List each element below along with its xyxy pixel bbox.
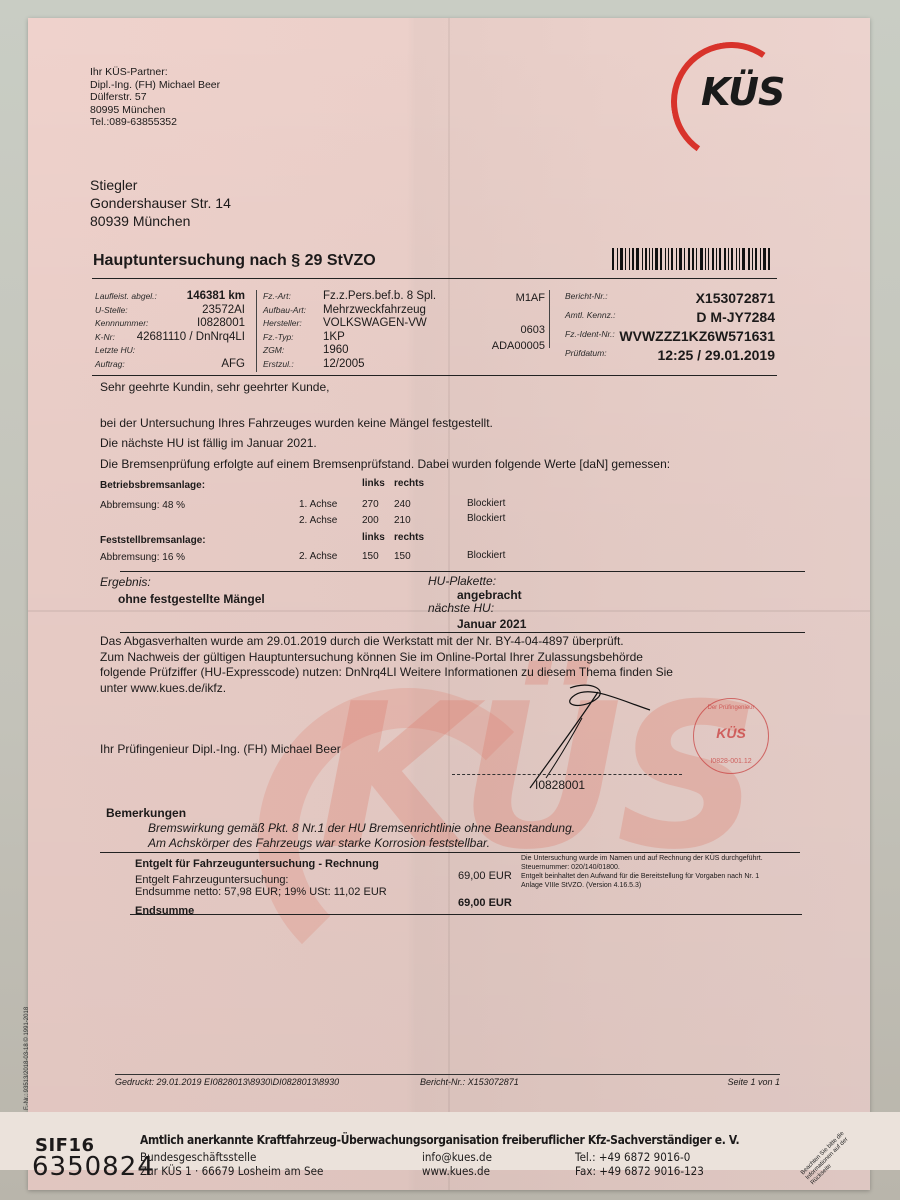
axle-status: Blockiert — [467, 513, 505, 524]
parking-brake-title: Feststellbremsanlage: — [100, 535, 206, 546]
barcode-bar — [700, 248, 703, 270]
info-label: Erstzul.: — [263, 359, 294, 369]
next-hu-label: nächste HU: — [428, 601, 494, 615]
result-label: Ergebnis: — [100, 575, 151, 589]
info-value: D M-JY7284 — [696, 309, 775, 325]
form-number-side: F.-Nr.: 93513/2018-03-18 © 1991-2018 — [24, 1007, 30, 1110]
barcode-bar — [620, 248, 623, 270]
axle-label: 2. Achse — [299, 515, 337, 526]
barcode-bar — [708, 248, 709, 270]
fax: Fax: +49 6872 9016-123 — [575, 1164, 704, 1178]
invoice-note: Steuernummer: 020/140/01800. — [521, 863, 620, 872]
info-value: 42681110 / DnNrq4LI — [137, 331, 245, 343]
barcode-bar — [739, 248, 740, 270]
office-address: Zur KÜS 1 · 66679 Losheim am See — [140, 1164, 323, 1178]
recipient-street: Gondershauser Str. 14 — [90, 194, 231, 212]
form-number: 6350824 — [32, 1154, 155, 1180]
letter-line: Die Bremsenprüfung erfolgte auf einem Br… — [100, 457, 670, 471]
info-row: Bericht-Nr.:X153072871 — [565, 290, 775, 302]
stamp-number: I0828-001.12 — [694, 758, 768, 765]
column-divider — [549, 290, 550, 348]
barcode-bar — [705, 248, 706, 270]
partner-address: Ihr KÜS-Partner: Dipl.-Ing. (FH) Michael… — [90, 66, 220, 129]
service-brake-percentage: Abbremsung: 48 % — [100, 500, 185, 511]
stamp-heading: Der Prüfingenieur — [694, 705, 768, 711]
barcode-bar — [716, 248, 717, 270]
info-value: 146381 km — [187, 290, 245, 302]
vehicle-code — [485, 306, 545, 322]
info-label: Fz.-Typ: — [263, 332, 294, 342]
axle-right-value: 240 — [394, 499, 411, 510]
info-row: U-Stelle:23572AI — [95, 304, 245, 316]
service-brake-title: Betriebsbremsanlage: — [100, 480, 205, 491]
info-label: Fz.-Art: — [263, 291, 291, 301]
organization-address: Bundesgeschäftsstelle Zur KÜS 1 · 66679 … — [140, 1150, 323, 1178]
barcode-bar — [724, 248, 727, 270]
axle-label: 1. Achse — [299, 499, 337, 510]
paragraph-line: Das Abgasverhalten wurde am 29.01.2019 d… — [100, 634, 800, 650]
barcode — [612, 248, 772, 270]
barcode-bar — [719, 248, 721, 270]
info-label: Bericht-Nr.: — [565, 291, 608, 301]
barcode-bar — [768, 248, 770, 270]
barcode-bar — [649, 248, 650, 270]
column-divider — [256, 290, 257, 372]
info-label: ZGM: — [263, 345, 284, 355]
invoice-title: Entgelt für Fahrzeuguntersuchung - Rechn… — [135, 858, 379, 870]
barcode-bar — [712, 248, 714, 270]
barcode-bar — [696, 248, 697, 270]
office-name: Bundesgeschäftsstelle — [140, 1150, 323, 1164]
info-row: Auftrag:AFG — [95, 358, 245, 370]
document-title: Hauptuntersuchung nach § 29 StVZO — [93, 252, 376, 270]
paragraph-line: unter www.kues.de/ikfz. — [100, 681, 800, 697]
website-link[interactable]: www.kues.de — [422, 1164, 492, 1178]
telephone: Tel.: +49 6872 9016-0 — [575, 1150, 704, 1164]
info-value: Fz.z.Pers.bef.b. 8 Spl. — [323, 290, 436, 302]
column-right-header: rechts — [394, 532, 424, 543]
barcode-bar — [660, 248, 662, 270]
info-value: VOLKSWAGEN-VW — [323, 317, 427, 329]
barcode-bar — [655, 248, 658, 270]
plakette-value: angebracht — [457, 588, 522, 602]
barcode-bar — [684, 248, 685, 270]
signature-line — [452, 774, 682, 775]
engineer-id: I0828001 — [535, 778, 585, 792]
organization-phone-contact: Tel.: +49 6872 9016-0 Fax: +49 6872 9016… — [575, 1150, 704, 1178]
greeting: Sehr geehrte Kundin, sehr geehrter Kunde… — [100, 380, 330, 394]
barcode-bar — [760, 248, 761, 270]
info-row: Kennnummer:I0828001 — [95, 317, 245, 329]
organization-name: Amtlich anerkannte Kraftfahrzeug-Überwac… — [140, 1132, 739, 1147]
info-value: Mehrzweckfahrzeug — [323, 304, 426, 316]
invoice-item-amount: 69,00 EUR — [458, 870, 512, 882]
divider — [120, 632, 805, 633]
info-label: Aufbau-Art: — [263, 305, 306, 315]
remark-line: Bremswirkung gemäß Pkt. 8 Nr.1 der HU Br… — [148, 821, 575, 835]
invoice-total-amount: 69,00 EUR — [458, 897, 512, 909]
barcode-bar — [612, 248, 614, 270]
kues-logo: KÜS — [665, 22, 815, 122]
divider — [100, 852, 800, 853]
barcode-bar — [763, 248, 766, 270]
column-left-header: links — [362, 532, 385, 543]
letter-line: bei der Untersuchung Ihres Fahrzeuges wu… — [100, 416, 493, 430]
axle-label: 2. Achse — [299, 551, 337, 562]
info-label: Letzte HU: — [95, 345, 135, 355]
barcode-bar — [692, 248, 694, 270]
info-value: 12:25 / 29.01.2019 — [657, 347, 775, 363]
invoice-item-label: Entgelt Fahrzeuguntersuchung: — [135, 874, 289, 886]
barcode-bar — [676, 248, 677, 270]
barcode-bar — [736, 248, 737, 270]
axle-status: Blockiert — [467, 550, 505, 561]
info-label: Laufleist. abgel.: — [95, 291, 157, 301]
next-hu-value: Januar 2021 — [457, 617, 526, 631]
info-label: Hersteller: — [263, 318, 302, 328]
info-value: I0828001 — [197, 317, 245, 329]
info-value: 1960 — [323, 344, 349, 356]
info-value: 23572AI — [202, 304, 245, 316]
info-row: Laufleist. abgel.:146381 km — [95, 290, 245, 302]
footer-report-number: Bericht-Nr.: X153072871 — [420, 1077, 519, 1087]
plakette-label: HU-Plakette: — [428, 574, 496, 588]
info-row: Fz.-Ident-Nr.:WVWZZZ1KZ6W571631 — [565, 328, 775, 340]
barcode-bar — [748, 248, 750, 270]
recipient-city: 80939 München — [90, 212, 231, 230]
invoice-total-label: Endsumme — [135, 905, 194, 917]
info-label: Kennnummer: — [95, 318, 148, 328]
axle-left-value: 200 — [362, 515, 379, 526]
axle-left-value: 150 — [362, 551, 379, 562]
info-row: K-Nr:42681110 / DnNrq4LI — [95, 331, 245, 343]
info-row: Prüfdatum:12:25 / 29.01.2019 — [565, 347, 775, 359]
barcode-bar — [665, 248, 666, 270]
recipient-name: Stiegler — [90, 176, 231, 194]
barcode-bar — [731, 248, 733, 270]
divider — [92, 375, 777, 376]
vehicle-code: ADA00005 — [485, 338, 545, 354]
barcode-bar — [668, 248, 669, 270]
barcode-bar — [742, 248, 745, 270]
partner-phone: Tel.:089-63855352 — [90, 116, 220, 129]
barcode-bar — [617, 248, 618, 270]
inspector-stamp: Der Prüfingenieur KÜS I0828-001.12 — [693, 698, 769, 774]
barcode-bar — [679, 248, 682, 270]
vehicle-code: M1AF — [485, 290, 545, 306]
axle-left-value: 270 — [362, 499, 379, 510]
info-value: AFG — [221, 358, 245, 370]
barcode-bar — [652, 248, 653, 270]
divider — [115, 1074, 780, 1075]
barcode-bar — [755, 248, 757, 270]
divider — [120, 571, 805, 572]
partner-city: 80995 München — [90, 104, 220, 117]
letter-line: Die nächste HU ist fällig im Januar 2021… — [100, 436, 317, 450]
paragraph-line: folgende Prüfziffer (HU-Expresscode) nut… — [100, 665, 800, 681]
barcode-bar — [642, 248, 643, 270]
paragraph-line: Zum Nachweis der gültigen Hauptuntersuch… — [100, 650, 800, 666]
info-label: Auftrag: — [95, 359, 125, 369]
info-label: K-Nr: — [95, 332, 115, 342]
partner-heading: Ihr KÜS-Partner: — [90, 66, 220, 79]
axle-status: Blockiert — [467, 498, 505, 509]
engineer-name: Ihr Prüfingenieur Dipl.-Ing. (FH) Michae… — [100, 742, 341, 756]
info-row: Amtl. Kennz.:D M-JY7284 — [565, 309, 775, 321]
info-row: Letzte HU: — [95, 344, 245, 356]
axle-right-value: 210 — [394, 515, 411, 526]
invoice-net-line: Endsumme netto: 57,98 EUR; 19% USt: 11,0… — [135, 886, 387, 898]
info-value: X153072871 — [696, 290, 775, 306]
info-label: Amtl. Kennz.: — [565, 310, 616, 320]
column-right-header: rechts — [394, 478, 424, 489]
remark-line: Am Achskörper des Fahrzeugs war starke K… — [148, 836, 490, 850]
vehicle-codes: M1AF 0603ADA00005 — [485, 290, 545, 354]
invoice-note: Entgelt beinhaltet den Aufwand für die B… — [521, 872, 759, 881]
barcode-bar — [645, 248, 647, 270]
page-number: Seite 1 von 1 — [727, 1077, 780, 1087]
logo-text: KÜS — [701, 70, 784, 114]
result-value: ohne festgestellte Mängel — [118, 592, 265, 606]
info-row: Erstzul.:12/2005 — [263, 358, 543, 370]
info-label: Fz.-Ident-Nr.: — [565, 329, 615, 339]
printed-info: Gedruckt: 29.01.2019 EI0828013\8930\DI08… — [115, 1077, 339, 1087]
recipient-address: Stiegler Gondershauser Str. 14 80939 Mün… — [90, 176, 231, 230]
barcode-bar — [752, 248, 753, 270]
vehicle-code: 0603 — [485, 322, 545, 338]
barcode-bar — [636, 248, 639, 270]
info-label: Prüfdatum: — [565, 348, 607, 358]
column-left-header: links — [362, 478, 385, 489]
partner-street: Dülferstr. 57 — [90, 91, 220, 104]
info-value: 1KP — [323, 331, 345, 343]
email-link[interactable]: info@kues.de — [422, 1150, 492, 1164]
barcode-bar — [625, 248, 626, 270]
barcode-bar — [688, 248, 690, 270]
axle-right-value: 150 — [394, 551, 411, 562]
remarks-title: Bemerkungen — [106, 806, 186, 820]
partner-name: Dipl.-Ing. (FH) Michael Beer — [90, 79, 220, 92]
organization-web-contact: info@kues.de www.kues.de — [422, 1150, 492, 1178]
invoice-note: Anlage VIIIe StVZO. (Version 4.16.5.3) — [521, 881, 641, 890]
invoice-note: Die Untersuchung wurde im Namen und auf … — [521, 854, 763, 863]
info-value: 12/2005 — [323, 358, 365, 370]
divider — [92, 278, 777, 279]
info-paragraph: Das Abgasverhalten wurde am 29.01.2019 d… — [100, 634, 800, 696]
divider — [130, 914, 802, 915]
stamp-logo: KÜS — [694, 725, 768, 741]
barcode-bar — [632, 248, 634, 270]
info-label: U-Stelle: — [95, 305, 128, 315]
info-value: WVWZZZ1KZ6W571631 — [619, 328, 775, 344]
barcode-bar — [728, 248, 729, 270]
barcode-bar — [671, 248, 673, 270]
parking-brake-percentage: Abbremsung: 16 % — [100, 552, 185, 563]
barcode-bar — [629, 248, 630, 270]
